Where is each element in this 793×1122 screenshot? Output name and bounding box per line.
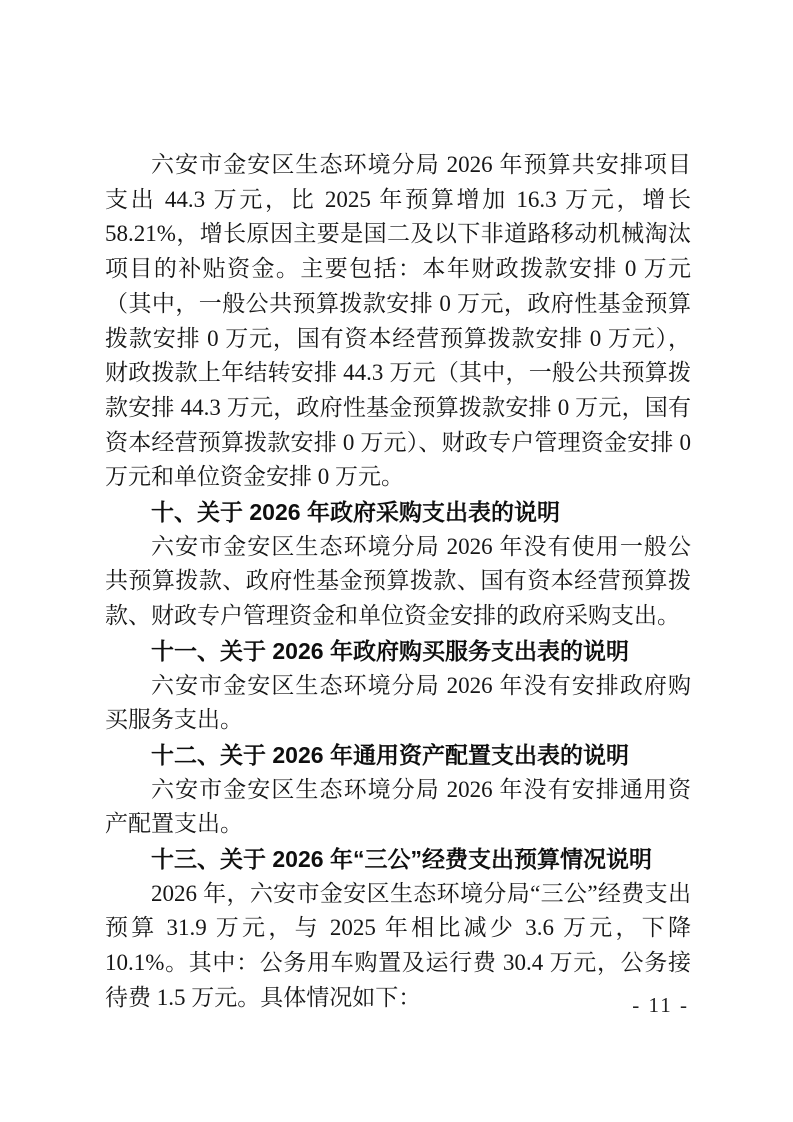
document-page: 六安市金安区生态环境分局 2026 年预算共安排项目支出 44.3 万元，比 2… bbox=[0, 0, 793, 1122]
paragraph-project-expenditure-budget: 六安市金安区生态环境分局 2026 年预算共安排项目支出 44.3 万元，比 2… bbox=[105, 148, 691, 495]
heading-three-public-funds: 十三、关于 2026 年“三公”经费支出预算情况说明 bbox=[105, 842, 691, 877]
heading-gov-purchased-services: 十一、关于 2026 年政府购买服务支出表的说明 bbox=[105, 634, 691, 669]
heading-gov-procurement: 十、关于 2026 年政府采购支出表的说明 bbox=[105, 495, 691, 530]
document-body: 六安市金安区生态环境分局 2026 年预算共安排项目支出 44.3 万元，比 2… bbox=[105, 148, 691, 1016]
paragraph-three-public-funds: 2026 年，六安市金安区生态环境分局“三公”经费支出预算 31.9 万元，与 … bbox=[105, 877, 691, 1016]
paragraph-gov-procurement: 六安市金安区生态环境分局 2026 年没有使用一般公共预算拨款、政府性基金预算拨… bbox=[105, 530, 691, 634]
paragraph-gov-purchased-services: 六安市金安区生态环境分局 2026 年没有安排政府购买服务支出。 bbox=[105, 669, 691, 738]
page-number: - 11 - bbox=[632, 992, 689, 1018]
heading-general-asset-allocation: 十二、关于 2026 年通用资产配置支出表的说明 bbox=[105, 738, 691, 773]
paragraph-general-asset-allocation: 六安市金安区生态环境分局 2026 年没有安排通用资产配置支出。 bbox=[105, 773, 691, 842]
